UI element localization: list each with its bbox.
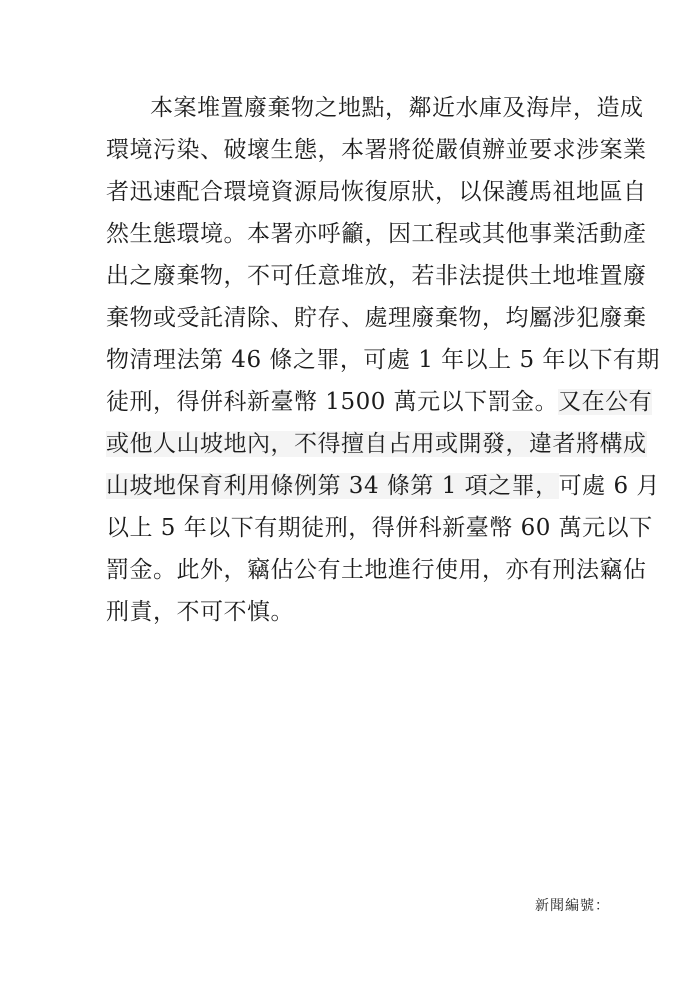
text-line: 或他人山坡地內，不得擅自占用或開發，違者將構成 xyxy=(106,423,628,465)
text-line: 環境污染、破壞生態，本署將從嚴偵辦並要求涉案業 xyxy=(106,129,628,171)
text-segment: 環境污染、破壞生態，本署將從嚴偵辦並要求涉案業 xyxy=(106,137,647,163)
highlighted-text-segment: 或他人山坡地內，不得擅自占用或開發，違者將構成 xyxy=(106,431,647,457)
text-segment: 可處 6 月 xyxy=(559,473,660,499)
text-segment: 出之廢棄物，不可任意堆放，若非法提供土地堆置廢 xyxy=(106,263,647,289)
text-segment: 以上 5 年以下有期徒刑，得併科新臺幣 60 萬元以下 xyxy=(106,515,653,541)
text-segment: 刑責，不可不慎。 xyxy=(106,599,294,625)
text-segment: 物清理法第 46 條之罪，可處 1 年以上 5 年以下有期 xyxy=(106,347,660,373)
text-line: 刑責，不可不慎。 xyxy=(106,591,628,633)
text-segment: 然生態環境。本署亦呼籲，因工程或其他事業活動產 xyxy=(106,221,647,247)
text-segment: 本案堆置廢棄物之地點，鄰近水庫及海岸，造成 xyxy=(150,95,644,121)
text-line: 以上 5 年以下有期徒刑，得併科新臺幣 60 萬元以下 xyxy=(106,507,628,549)
text-line: 棄物或受託清除、貯存、處理廢棄物，均屬涉犯廢棄 xyxy=(106,297,628,339)
highlighted-text-segment: 又在公有 xyxy=(558,389,652,415)
text-line: 出之廢棄物，不可任意堆放，若非法提供土地堆置廢 xyxy=(106,255,628,297)
text-line: 罰金。此外，竊佔公有土地進行使用，亦有刑法竊佔 xyxy=(106,549,628,591)
text-segment: 者迅速配合環境資源局恢復原狀，以保護馬祖地區自 xyxy=(106,179,647,205)
press-release-paragraph: 本案堆置廢棄物之地點，鄰近水庫及海岸，造成 環境污染、破壞生態，本署將從嚴偵辦並… xyxy=(106,87,628,633)
highlighted-text-segment: 山坡地保育利用條例第 34 條第 1 項之罪， xyxy=(106,473,559,499)
news-number-label: 新聞編號： xyxy=(535,895,610,915)
text-segment: 棄物或受託清除、貯存、處理廢棄物，均屬涉犯廢棄 xyxy=(106,305,647,331)
text-segment: 徒刑，得併科新臺幣 1500 萬元以下罰金。 xyxy=(106,389,558,415)
text-line: 物清理法第 46 條之罪，可處 1 年以上 5 年以下有期 xyxy=(106,339,628,381)
document-page: 本案堆置廢棄物之地點，鄰近水庫及海岸，造成 環境污染、破壞生態，本署將從嚴偵辦並… xyxy=(0,0,700,990)
text-line: 本案堆置廢棄物之地點，鄰近水庫及海岸，造成 xyxy=(106,87,628,129)
text-line: 者迅速配合環境資源局恢復原狀，以保護馬祖地區自 xyxy=(106,171,628,213)
text-line: 山坡地保育利用條例第 34 條第 1 項之罪，可處 6 月 xyxy=(106,465,628,507)
text-line: 徒刑，得併科新臺幣 1500 萬元以下罰金。又在公有 xyxy=(106,381,628,423)
text-segment: 罰金。此外，竊佔公有土地進行使用，亦有刑法竊佔 xyxy=(106,557,647,583)
text-line: 然生態環境。本署亦呼籲，因工程或其他事業活動產 xyxy=(106,213,628,255)
